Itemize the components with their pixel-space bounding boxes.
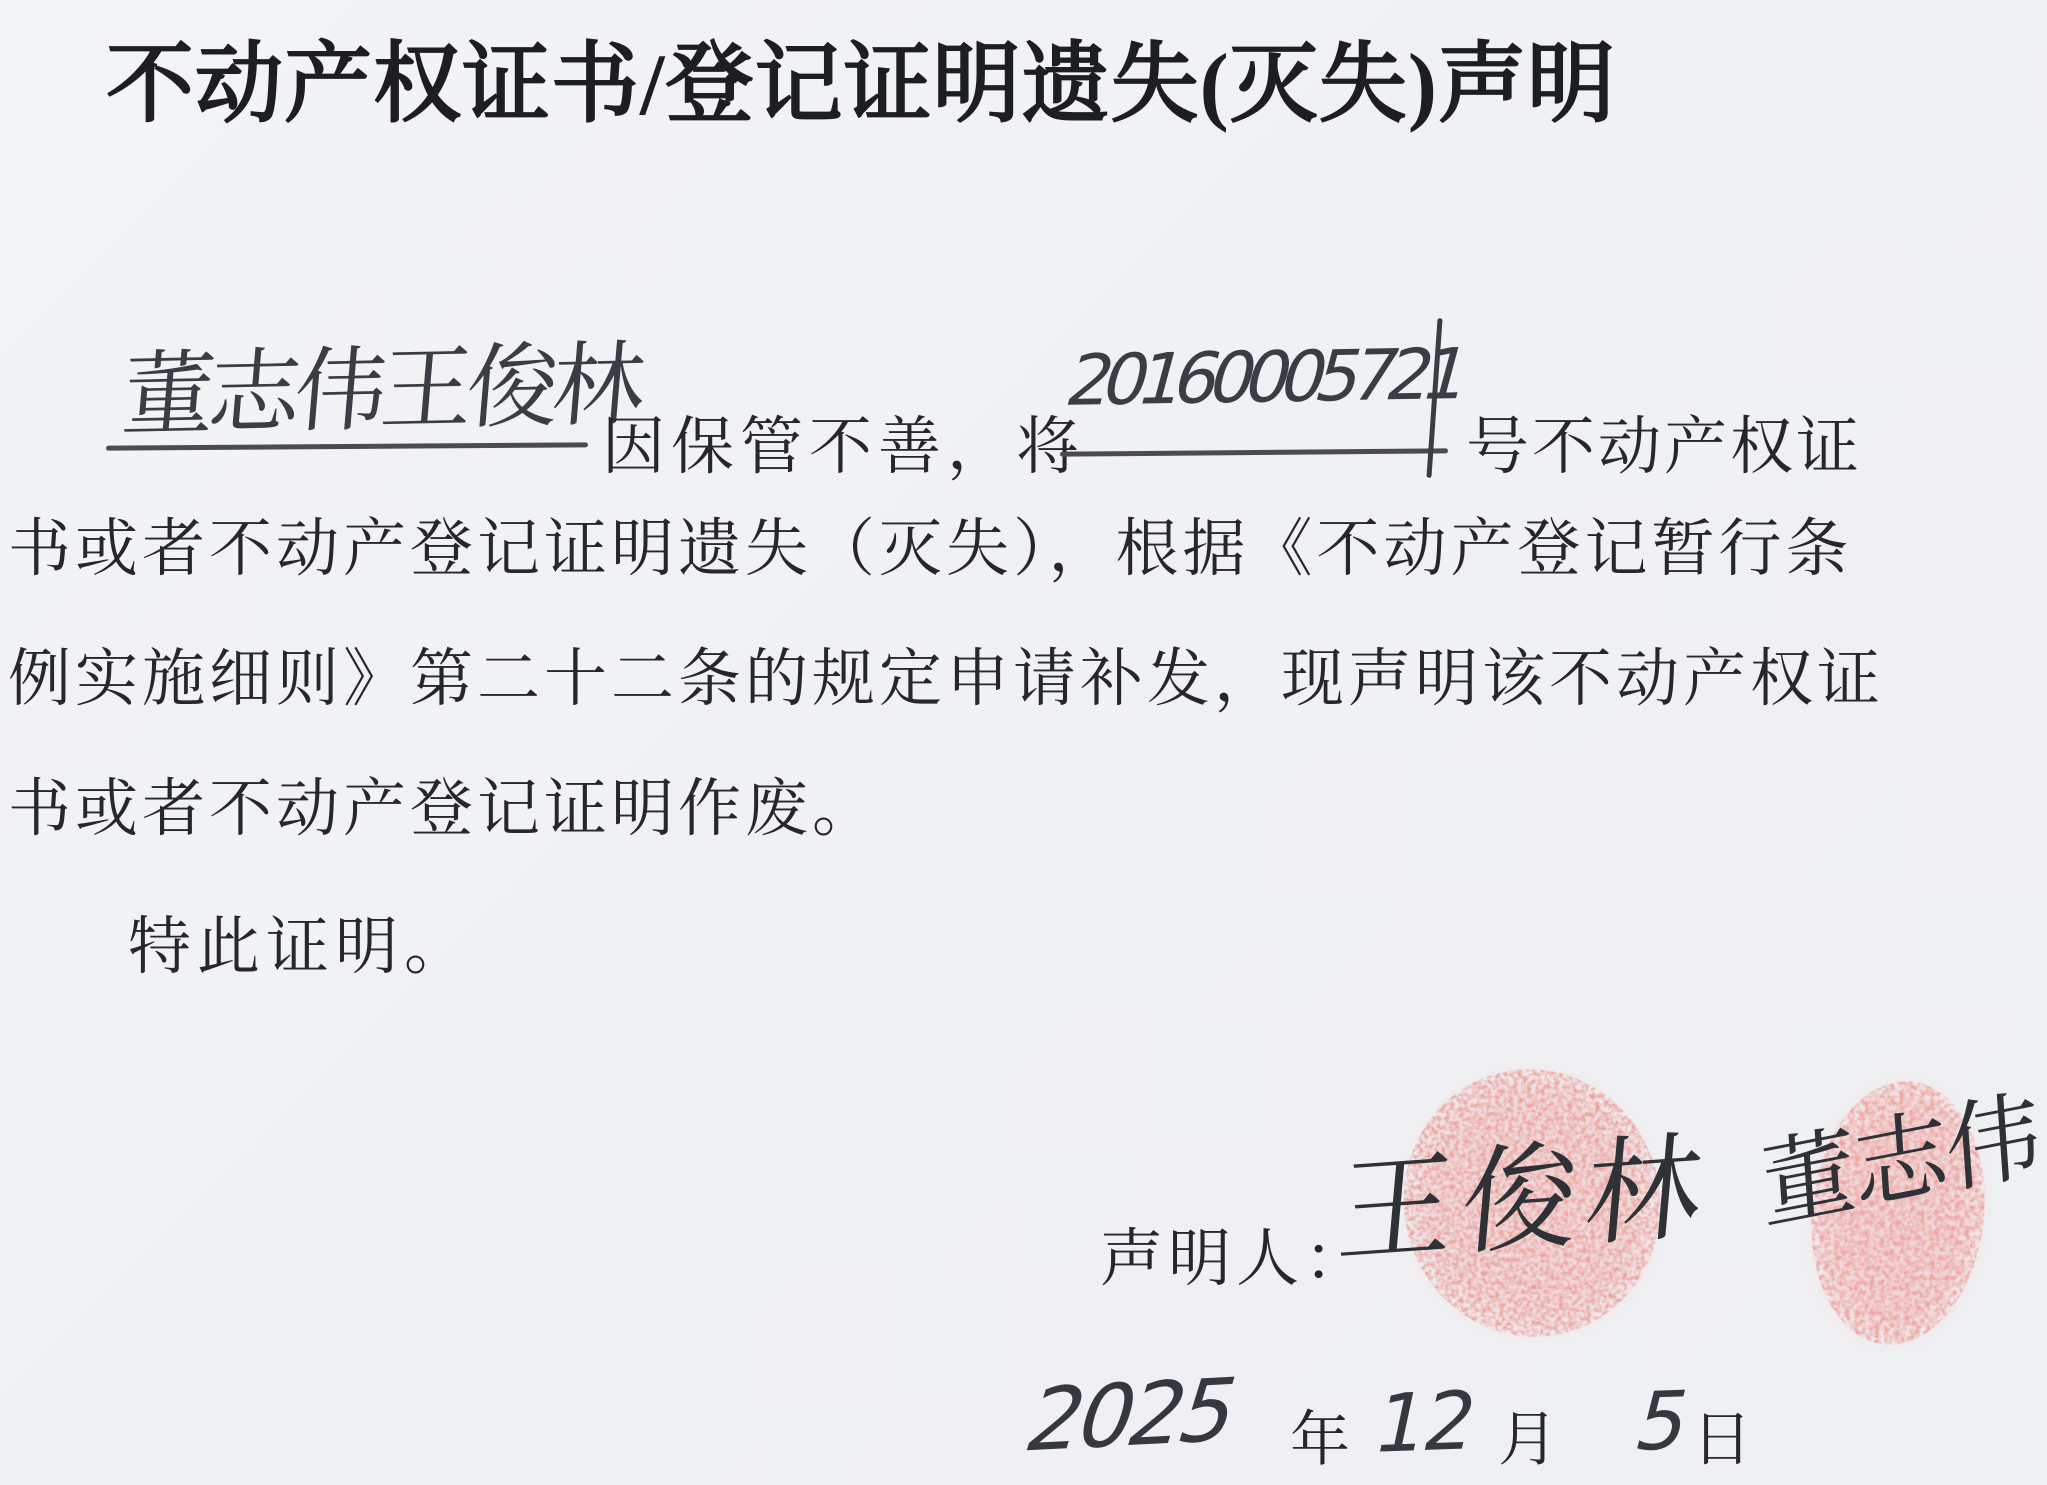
month-label: 月 — [1498, 1392, 1562, 1478]
body-line1-printed-a: 因保管不善，将 — [602, 396, 1085, 487]
handwritten-month: 12 — [1366, 1374, 1484, 1471]
handwritten-day: 5 — [1626, 1373, 1700, 1469]
body-line3: 例实施细则》第二十二条的规定申请补发，现声明该不动产权证 — [8, 628, 1884, 719]
handwritten-year: 2025 — [1014, 1360, 1248, 1472]
body-line2: 书或者不动产登记证明遗失（灭失），根据《不动产登记暂行条 — [8, 498, 1853, 589]
blank-underline-number — [1060, 448, 1448, 456]
day-label: 日 — [1692, 1392, 1756, 1478]
handwritten-signature-1: 王俊林 — [1332, 1093, 1718, 1287]
body-line4: 书或者不动产登记证明作废。 — [8, 758, 879, 849]
closing-statement: 特此证明。 — [128, 896, 473, 987]
handwritten-certificate-number: 20160005721 — [1058, 333, 1471, 422]
handwritten-declarant-names: 董志伟王俊林 — [118, 312, 591, 454]
body-line1-printed-b: 号不动产权证 — [1466, 396, 1862, 487]
scanned-declaration-document: 不动产权证书/登记证明遗失(灭失)声明 董志伟王俊林 因保管不善，将 20160… — [0, 0, 2047, 1485]
document-title: 不动产权证书/登记证明遗失(灭失)声明 — [106, 14, 1616, 140]
year-label: 年 — [1290, 1392, 1354, 1478]
